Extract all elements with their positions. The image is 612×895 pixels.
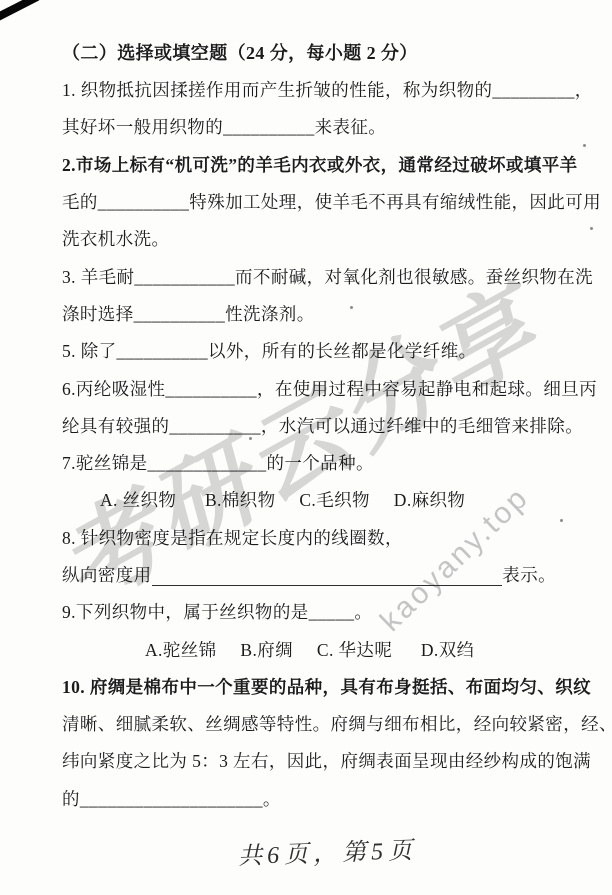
question-8-line-1: 8. 针织物密度是指在规定长度内的线圈数， [62,519,556,556]
question-3-line-1: 3. 羊毛耐___________而不耐碱，对氧化剂也很敏感。蚕丝织物在洗 [62,257,556,294]
question-8-line-2: 纵向密度用 表示。 [62,556,556,593]
question-9-options: A.驼丝锦 B.府绸 C. 华达呢 D.双绉 [62,630,556,667]
exam-body: （二）选择或填空题（24 分，每小题 2 分） 1. 织物抵抗因揉搓作用而产生折… [62,33,556,817]
question-10-line-2: 清晰、细腻柔软、丝绸感等特性。府绸与细布相比，经向较紧密，经、 [62,705,556,742]
question-9-line-1: 9.下列织物中，属于丝织物的是_____。 [62,593,556,630]
scan-speck [583,144,586,147]
scan-streak-artifact [0,0,40,21]
question-10-line-1: 10. 府绸是棉布中一个重要的品种，具有布身挺括、布面均匀、织纹 [62,668,556,705]
handwritten-page-note: 共6页，第5页 [237,830,417,871]
question-6-line-1: 6.丙纶吸湿性__________，在使用过程中容易起静电和起球。细旦丙 [62,369,556,406]
question-2-line-1: 2.市场上标有“机可洗”的羊毛内衣或外衣，通常经过破坏或填平羊 [62,146,556,183]
question-7-options: A. 丝织物 B.棉织物 C.毛织物 D.麻织物 [62,481,556,518]
question-1-line-2: 其好坏一般用织物的__________来表征。 [62,108,556,145]
question-5-line-1: 5. 除了__________以外，所有的长丝都是化学纤维。 [62,332,556,369]
section-header: （二）选择或填空题（24 分，每小题 2 分） [62,33,556,71]
scanned-exam-page: 考研云分享 kaoyany.top （二）选择或填空题（24 分，每小题 2 分… [0,0,612,895]
scan-speck [560,519,563,522]
question-1-line-1: 1. 织物抵抗因揉搓作用而产生折皱的性能，称为织物的_________， [62,71,556,108]
question-6-line-2: 纶具有较强的__________，水汽可以通过纤维中的毛细管来排除。 [62,407,556,444]
scan-speck [590,227,593,230]
question-10-line-4: 的____________________。 [62,780,556,817]
question-3-line-2: 涤时选择__________性洗涤剂。 [62,295,556,332]
blank-underline [152,585,503,586]
question-10-line-3: 纬向紧度之比为 5：3 左右，因此，府绸表面呈现由经纱构成的饱满 [62,742,556,779]
question-8-fill-suffix: 表示。 [502,562,556,587]
question-7-line-1: 7.驼丝锦是_____________的一个品种。 [62,444,556,481]
question-2-line-3: 洗衣机水洗。 [62,220,556,257]
question-8-fill-prefix: 纵向密度用 [62,562,152,587]
question-2-line-2: 毛的__________特殊加工处理，使羊毛不再具有缩绒性能，因此可用 [62,183,556,220]
